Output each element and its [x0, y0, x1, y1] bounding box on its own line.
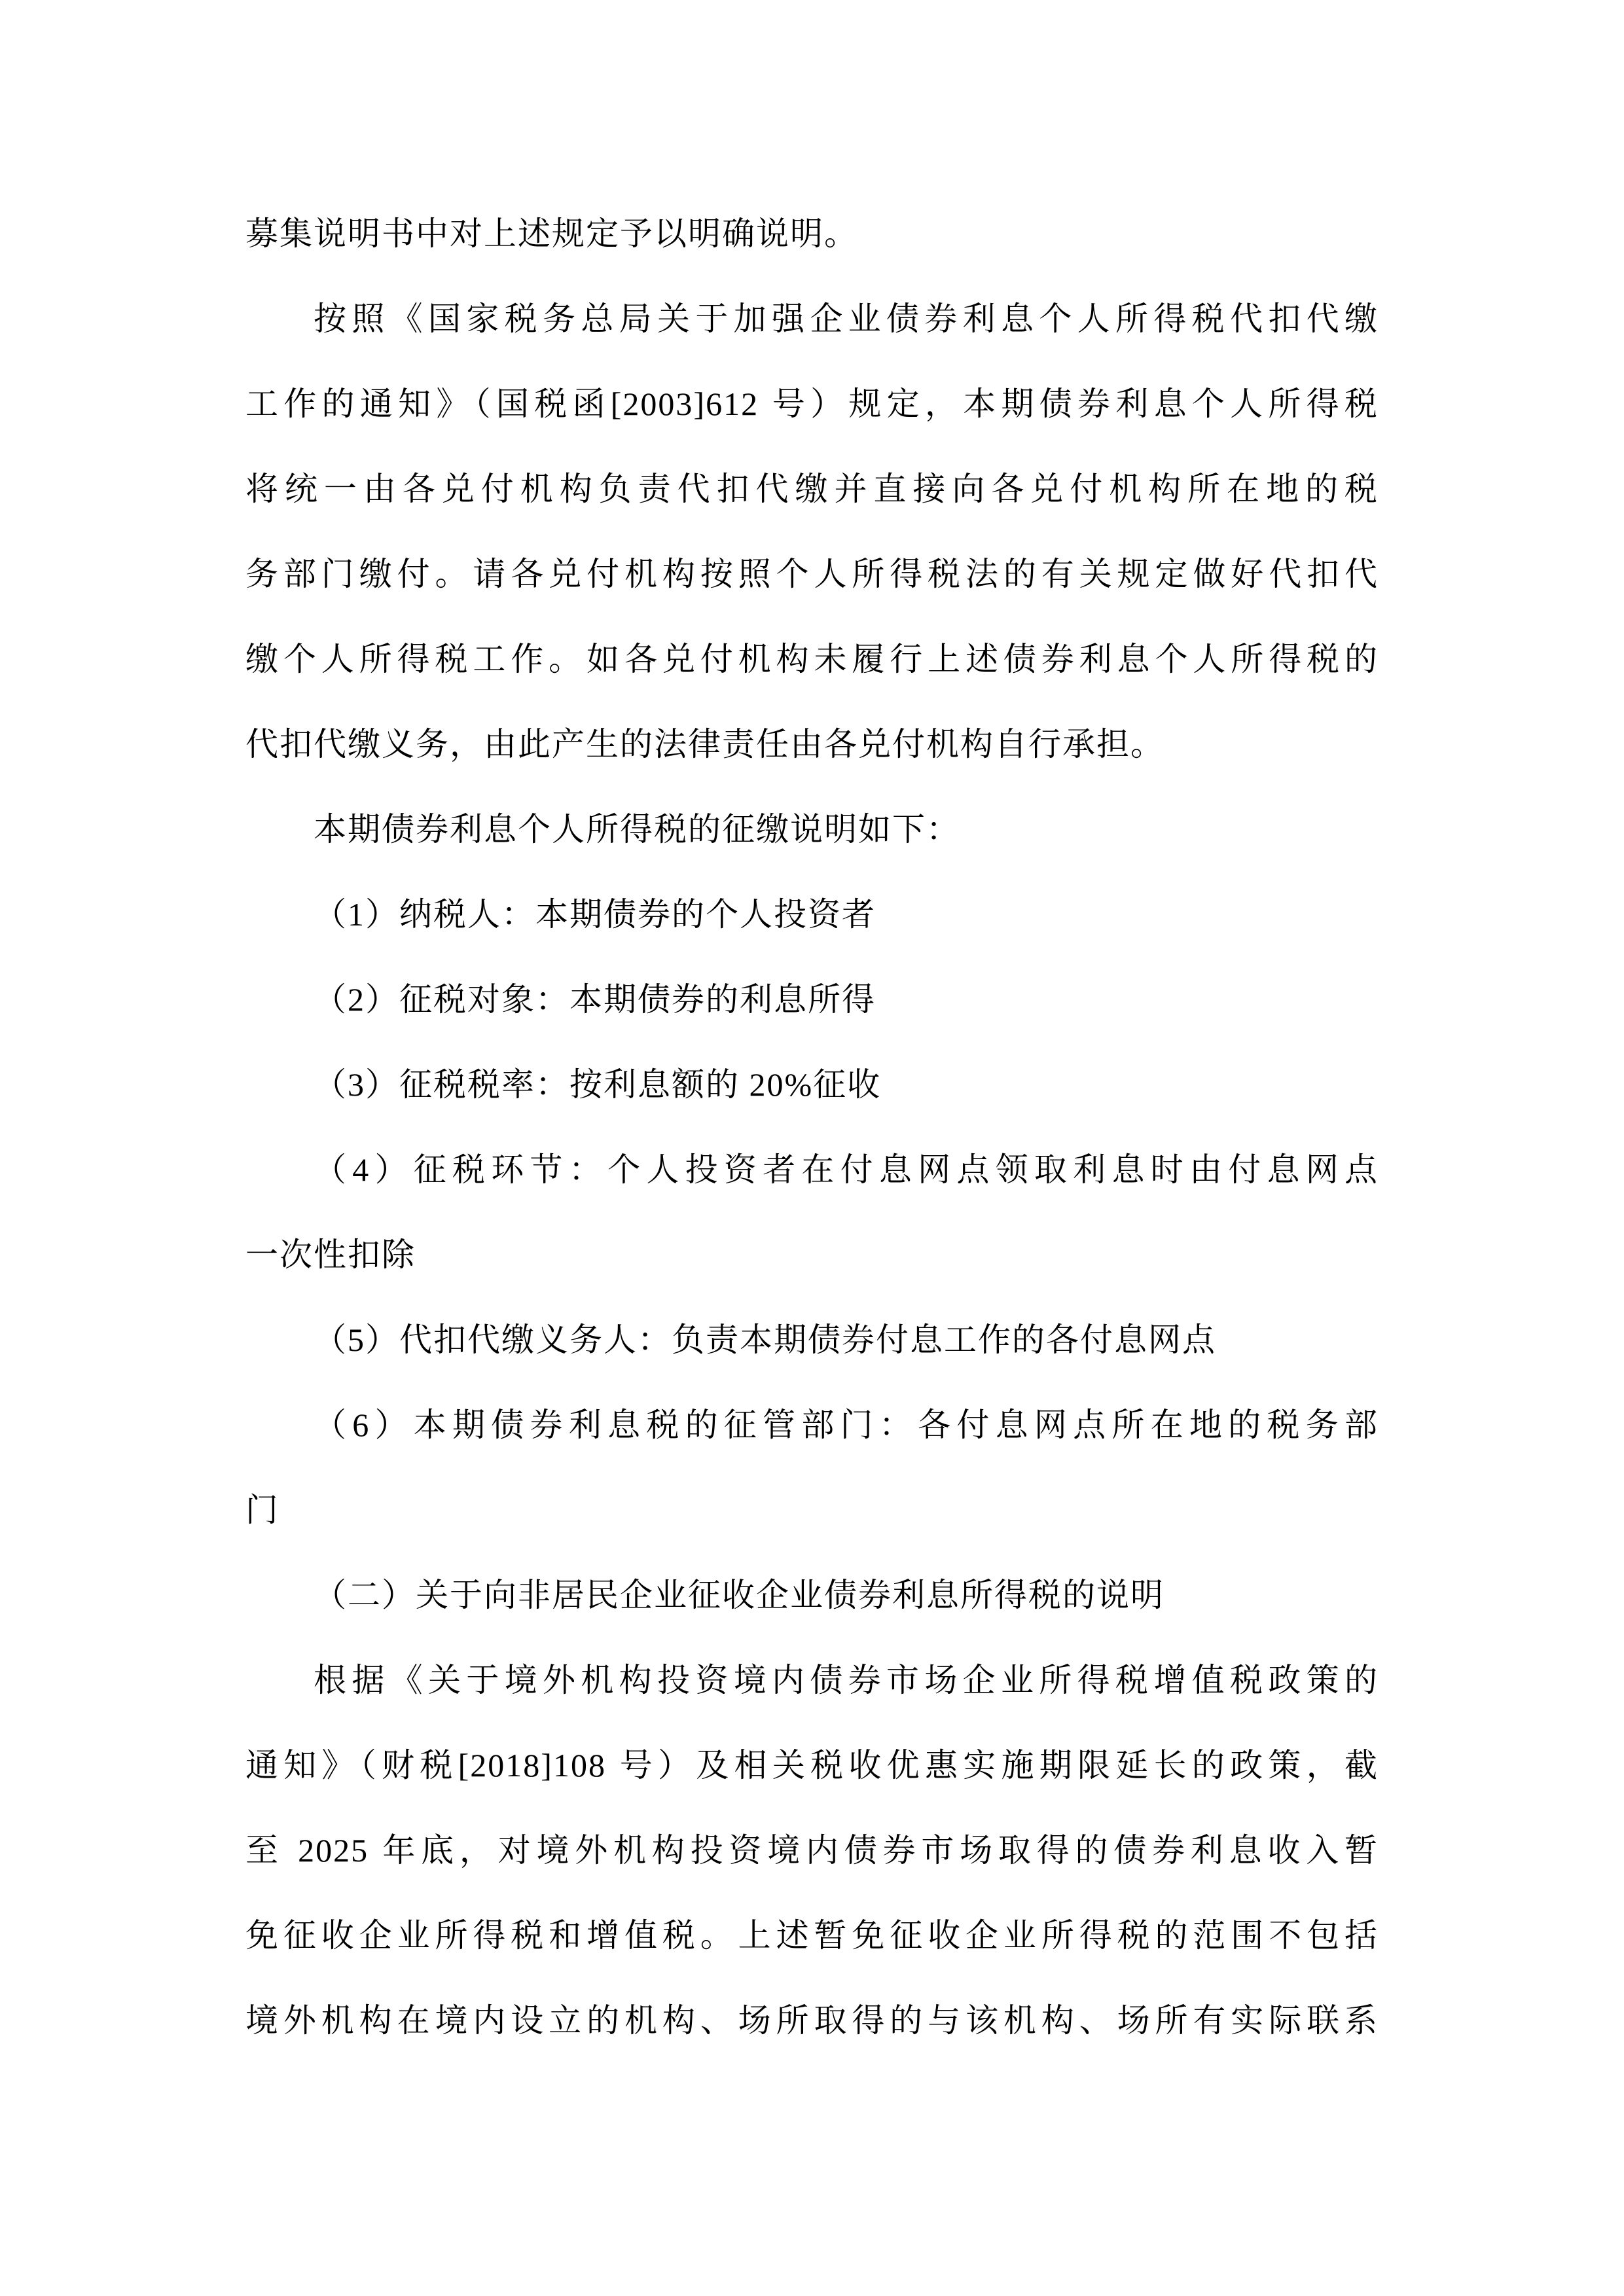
- text-line: 按照《国家税务总局关于加强企业债券利息个人所得税代扣代缴: [245, 276, 1379, 361]
- text-line: 工作的通知》（国税函[2003]612 号）规定，本期债券利息个人所得税: [245, 361, 1379, 446]
- text-line: 募集说明书中对上述规定予以明确说明。: [245, 191, 1379, 276]
- document-body-text: 募集说明书中对上述规定予以明确说明。 按照《国家税务总局关于加强企业债券利息个人…: [245, 191, 1379, 2063]
- text-line: 通知》（财税[2018]108 号）及相关税收优惠实施期限延长的政策，截: [245, 1723, 1379, 1808]
- text-line: （5）代扣代缴义务人：负责本期债券付息工作的各付息网点: [245, 1297, 1379, 1382]
- text-line: 务部门缴付。请各兑付机构按照个人所得税法的有关规定做好代扣代: [245, 531, 1379, 617]
- text-line: 将统一由各兑付机构负责代扣代缴并直接向各兑付机构所在地的税: [245, 446, 1379, 531]
- text-line: （3）征税税率：按利息额的 20%征收: [245, 1042, 1379, 1127]
- text-line: 境外机构在境内设立的机构、场所取得的与该机构、场所有实际联系: [245, 1978, 1379, 2063]
- text-line: 至 2025 年底，对境外机构投资境内债券市场取得的债券利息收入暂: [245, 1808, 1379, 1893]
- text-line: 一次性扣除: [245, 1212, 1379, 1297]
- text-line: 缴个人所得税工作。如各兑付机构未履行上述债券利息个人所得税的: [245, 617, 1379, 702]
- text-line: 代扣代缴义务，由此产生的法律责任由各兑付机构自行承担。: [245, 702, 1379, 787]
- text-line: 根据《关于境外机构投资境内债券市场企业所得税增值税政策的: [245, 1638, 1379, 1723]
- text-line: 本期债券利息个人所得税的征缴说明如下：: [245, 787, 1379, 872]
- text-line: （4）征税环节：个人投资者在付息网点领取利息时由付息网点: [245, 1127, 1379, 1212]
- text-line: 门: [245, 1467, 1379, 1552]
- document-page: 募集说明书中对上述规定予以明确说明。 按照《国家税务总局关于加强企业债券利息个人…: [0, 0, 1624, 2296]
- text-line: （二）关于向非居民企业征收企业债券利息所得税的说明: [245, 1552, 1379, 1638]
- text-line: （6）本期债券利息税的征管部门：各付息网点所在地的税务部: [245, 1382, 1379, 1467]
- text-line: 免征收企业所得税和增值税。上述暂免征收企业所得税的范围不包括: [245, 1893, 1379, 1978]
- text-line: （1）纳税人：本期债券的个人投资者: [245, 872, 1379, 957]
- text-line: （2）征税对象：本期债券的利息所得: [245, 957, 1379, 1042]
